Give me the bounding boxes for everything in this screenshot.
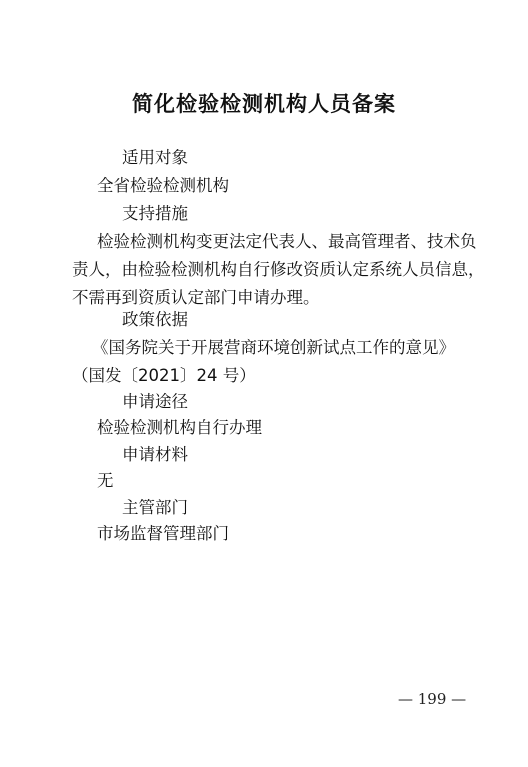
section-heading-policy: 政策依据 <box>122 310 188 330</box>
section-heading-measures: 支持措施 <box>122 204 188 224</box>
section-body-policy-line1: 《国务院关于开展营商环境创新试点工作的意见》 <box>92 338 455 358</box>
section-body-department: 市场监督管理部门 <box>97 524 229 544</box>
section-body-measures-line3: 不需再到资质认定部门申请办理。 <box>72 288 320 308</box>
section-heading-department: 主管部门 <box>122 498 188 518</box>
section-body-measures-line1: 检验检测机构变更法定代表人、最高管理者、技术负 <box>97 232 477 252</box>
page-title: 简化检验检测机构人员备案 <box>0 88 528 118</box>
section-heading-channel: 申请途径 <box>122 392 188 412</box>
page-number: — 199 — <box>398 690 466 708</box>
section-heading-materials: 申请材料 <box>122 445 188 465</box>
section-body-channel: 检验检测机构自行办理 <box>97 418 262 438</box>
section-heading-applicable: 适用对象 <box>122 148 188 168</box>
section-body-policy-line2: （国发〔2021〕24 号） <box>72 366 256 386</box>
section-body-measures-line2: 责人，由检验检测机构自行修改资质认定系统人员信息， <box>72 260 485 280</box>
section-body-applicable: 全省检验检测机构 <box>97 176 229 196</box>
section-body-materials: 无 <box>97 471 114 491</box>
